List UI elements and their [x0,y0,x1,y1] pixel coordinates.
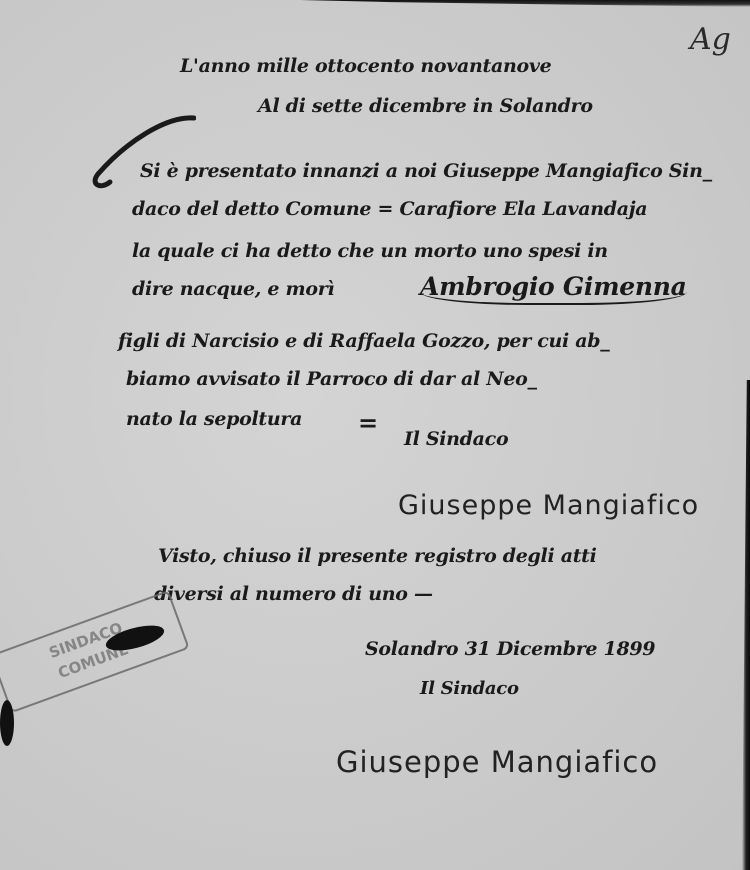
body-line-4: dire nacque, e morì [132,278,334,300]
body-line-6: biamo avvisato il Parroco di dar al Neo_ [126,368,537,390]
official-stamp: SINDACO COMUNE [0,590,190,713]
date-line: Solandro 31 Dicembre 1899 [365,638,655,660]
body-line-2: daco del detto Comune = Carafiore Ela La… [132,198,647,220]
body-line-1: Si è presentato innanzi a noi Giuseppe M… [140,160,712,182]
signature-2: Giuseppe Mangiafico [336,745,658,779]
closing-mark: = [358,408,378,437]
endorsement-line-2: diversi al numero di uno — [154,583,433,605]
ink-blot-edge [0,700,14,746]
body-line-5: figli di Narcisio e di Raffaela Gozzo, p… [118,330,609,352]
signature-1: Giuseppe Mangiafico [398,490,699,521]
deceased-name: Ambrogio Gimenna [420,272,687,305]
heading-line-2: Al di sette dicembre in Solandro [258,95,593,117]
sindaco-title-1: Il Sindaco [404,428,508,450]
scan-top-edge [300,0,750,7]
heading-line-1: L'anno mille ottocento novantanove [180,55,551,77]
body-line-7: nato la sepoltura [126,408,302,430]
scan-right-edge [742,380,750,870]
sindaco-title-2: Il Sindaco [420,678,519,699]
page-mark: Ag [690,22,731,57]
document-page: Ag L'anno mille ottocento novantanove Al… [0,0,750,870]
endorsement-line-1: Visto, chiuso il presente registro degli… [158,545,597,567]
body-line-3: la quale ci ha detto che un morto uno sp… [132,240,608,262]
